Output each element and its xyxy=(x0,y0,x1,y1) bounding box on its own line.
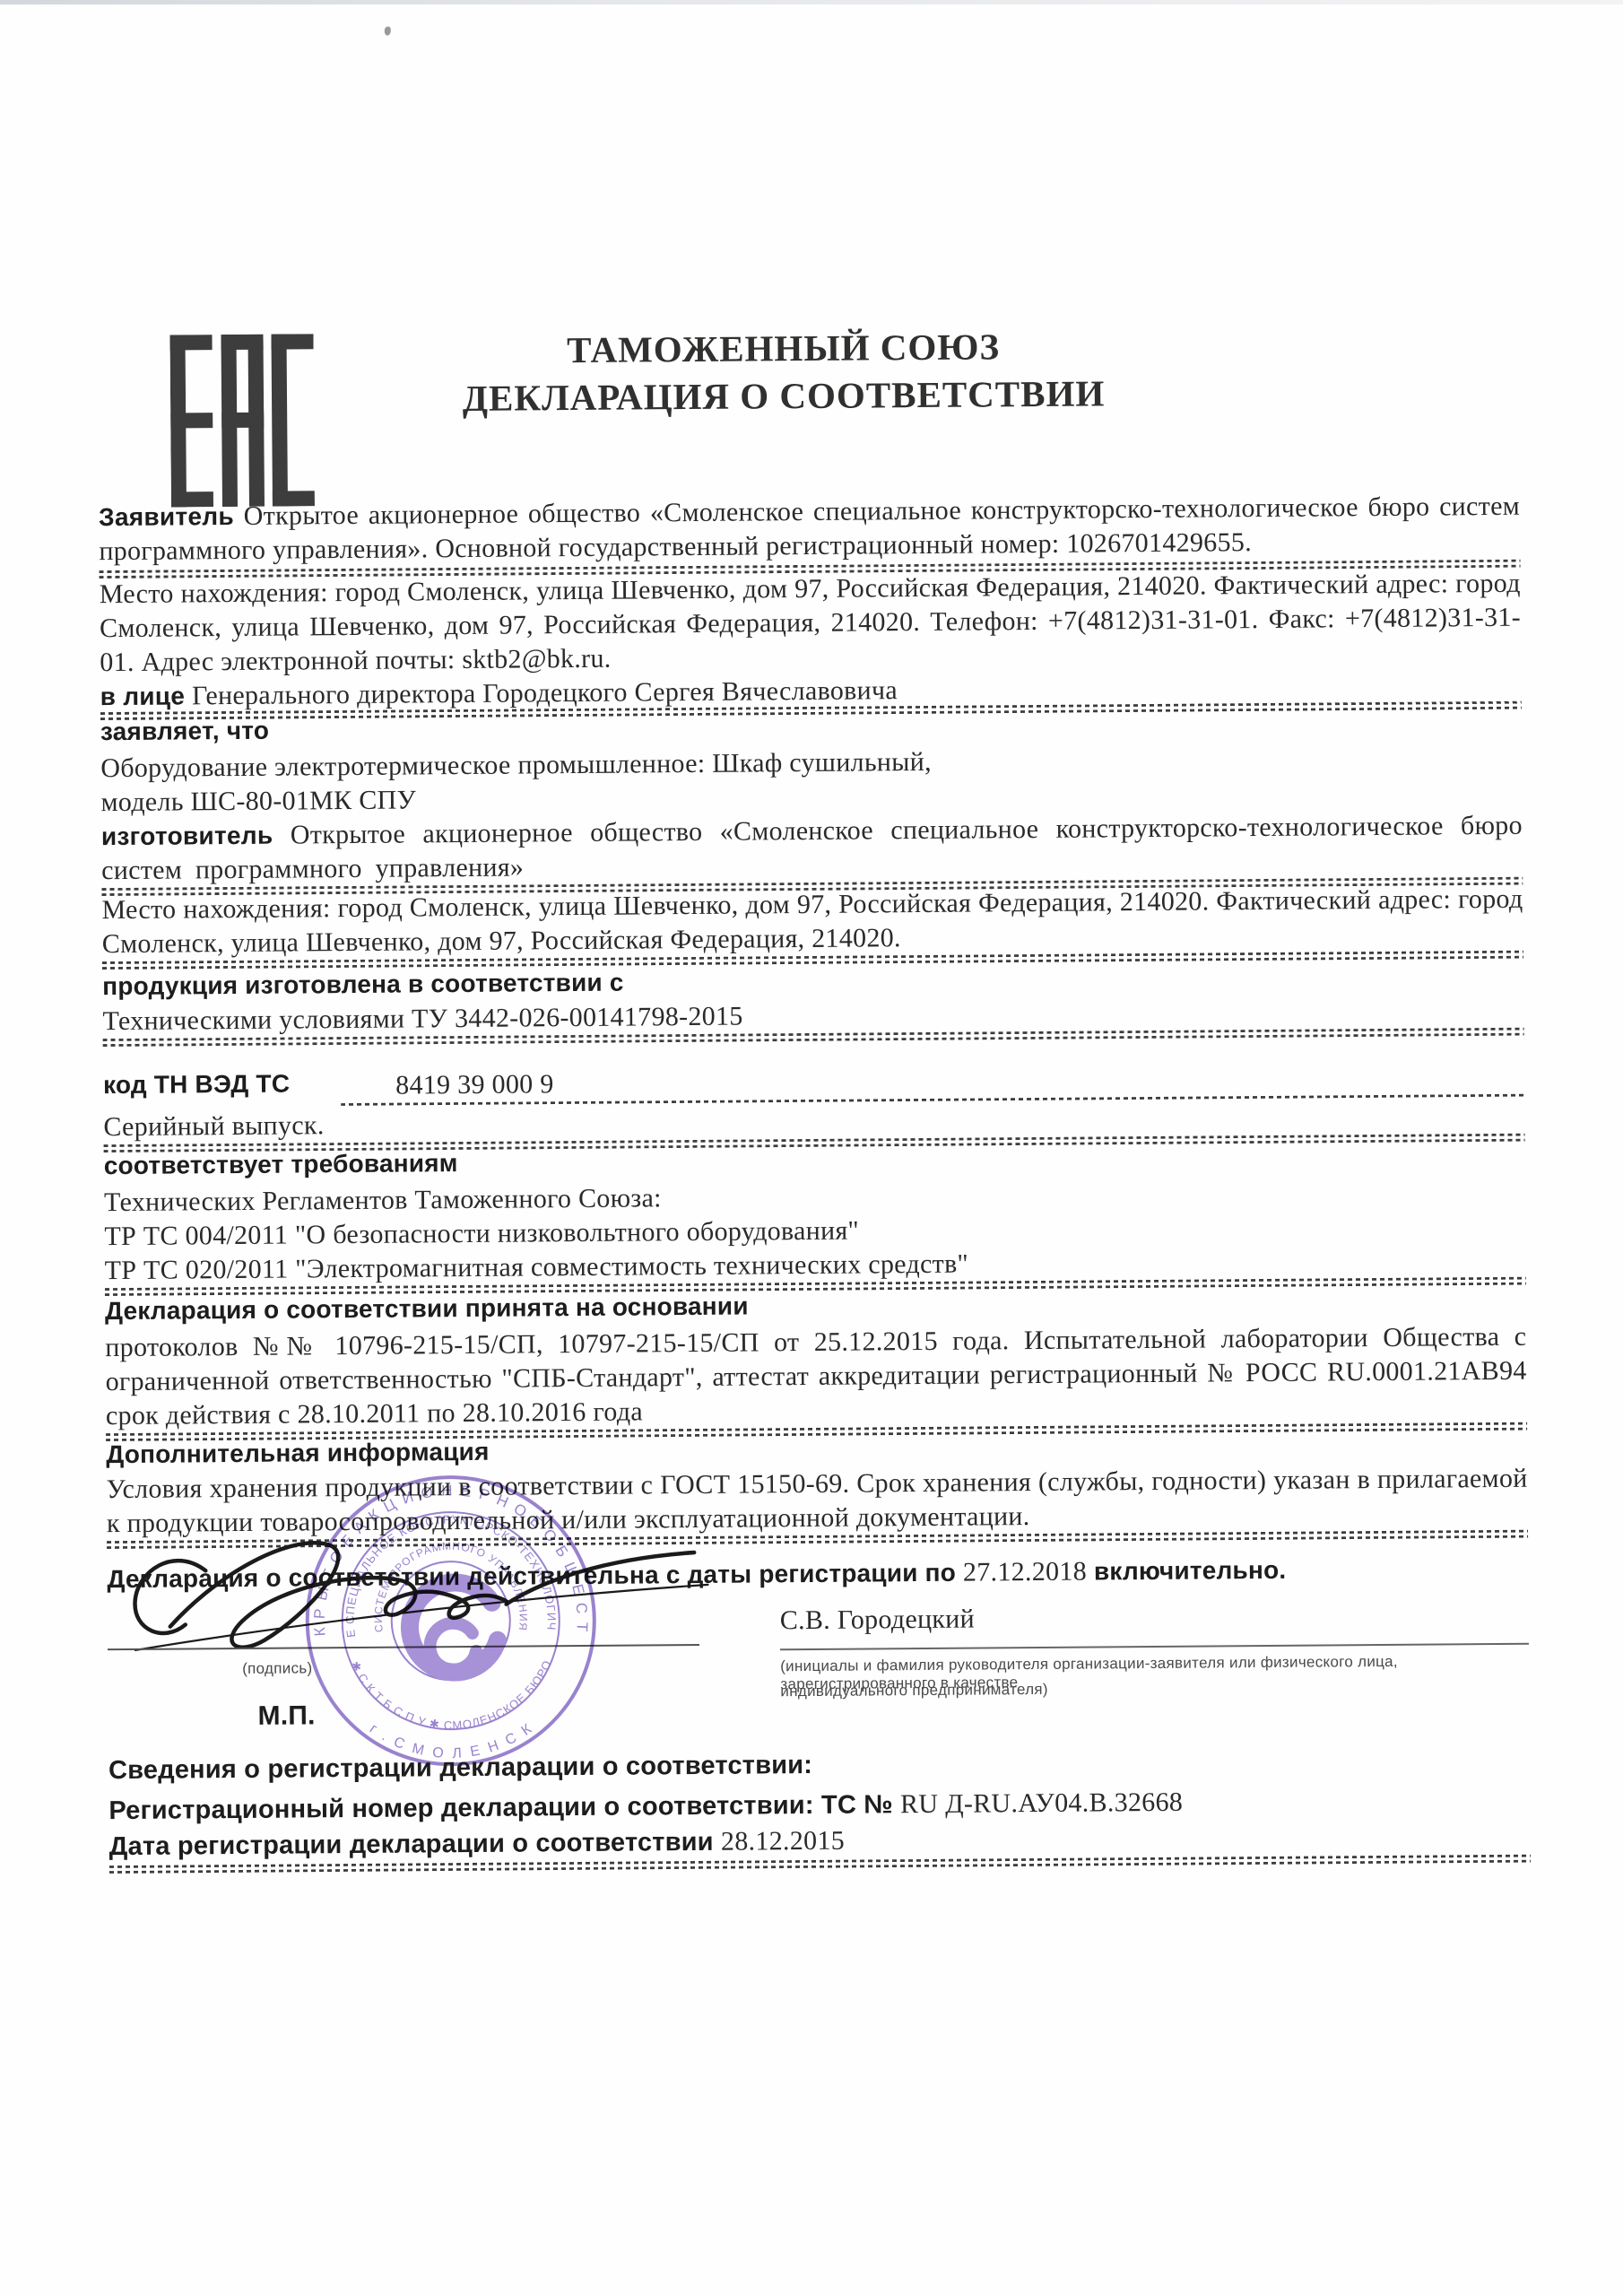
registration-date-value: 28.12.2015 xyxy=(721,1826,845,1857)
registration-number-value: RU Д-RU.АУ04.В.32668 xyxy=(900,1787,1183,1819)
manufacturer-text: Открытое акционерное общество «Смоленско… xyxy=(101,811,1523,885)
title-line2: ДЕКЛАРАЦИЯ О СООТВЕТСТВИИ xyxy=(371,370,1196,423)
validity-date: 27.12.2018 xyxy=(963,1557,1087,1587)
basis-text: протоколов №№ 10796-215-15/СП, 10797-215… xyxy=(105,1320,1527,1433)
eac-logo-icon xyxy=(169,334,315,511)
scan-speck xyxy=(385,27,391,36)
stamp-center-logo xyxy=(410,1582,499,1673)
applicant-text: Открытое акционерное общество «Смоленско… xyxy=(99,491,1520,566)
in-person-label: в лице xyxy=(100,682,186,710)
tnved-value: 8419 39 000 9 xyxy=(395,1067,554,1102)
company-round-stamp: О Т К Р Ы Т О Е А К Ц И О Н Е Р Н О Е О … xyxy=(291,1462,610,1785)
in-person-text: Генерального директора Городецкого Серге… xyxy=(192,675,898,710)
manufacturer-label: изготовитель xyxy=(101,822,273,851)
applicant-address: Место нахождения: город Смоленск, улица … xyxy=(100,567,1522,680)
declaration-document-scan: ТАМОЖЕННЫЙ СОЮЗ ДЕКЛАРАЦИЯ О СООТВЕТСТВИ… xyxy=(0,0,1623,2296)
registration-date-label: Дата регистрации декларации о соответств… xyxy=(109,1828,722,1861)
registration-number-label: Регистрационный номер декларации о соотв… xyxy=(108,1790,900,1825)
signatory-name: С.В. Городецкий xyxy=(780,1599,1408,1638)
document-title: ТАМОЖЕННЫЙ СОЮЗ ДЕКЛАРАЦИЯ О СООТВЕТСТВИ… xyxy=(370,322,1196,423)
validity-suffix: включительно. xyxy=(1087,1556,1287,1586)
title-line1: ТАМОЖЕННЫЙ СОЮЗ xyxy=(370,322,1195,376)
applicant-label: Заявитель xyxy=(99,502,234,531)
tnved-label: код ТН ВЭД ТС xyxy=(103,1070,290,1106)
document-sheet: ТАМОЖЕННЫЙ СОЮЗ ДЕКЛАРАЦИЯ О СООТВЕТСТВИ… xyxy=(0,0,1623,2296)
manufacturer-paragraph: изготовитель Открытое акционерное общест… xyxy=(101,809,1523,888)
applicant-paragraph: Заявитель Открытое акционерное общество … xyxy=(99,490,1521,569)
signatory-name-line xyxy=(780,1643,1529,1651)
manufacturer-address: Место нахождения: город Смоленск, улица … xyxy=(101,883,1523,961)
